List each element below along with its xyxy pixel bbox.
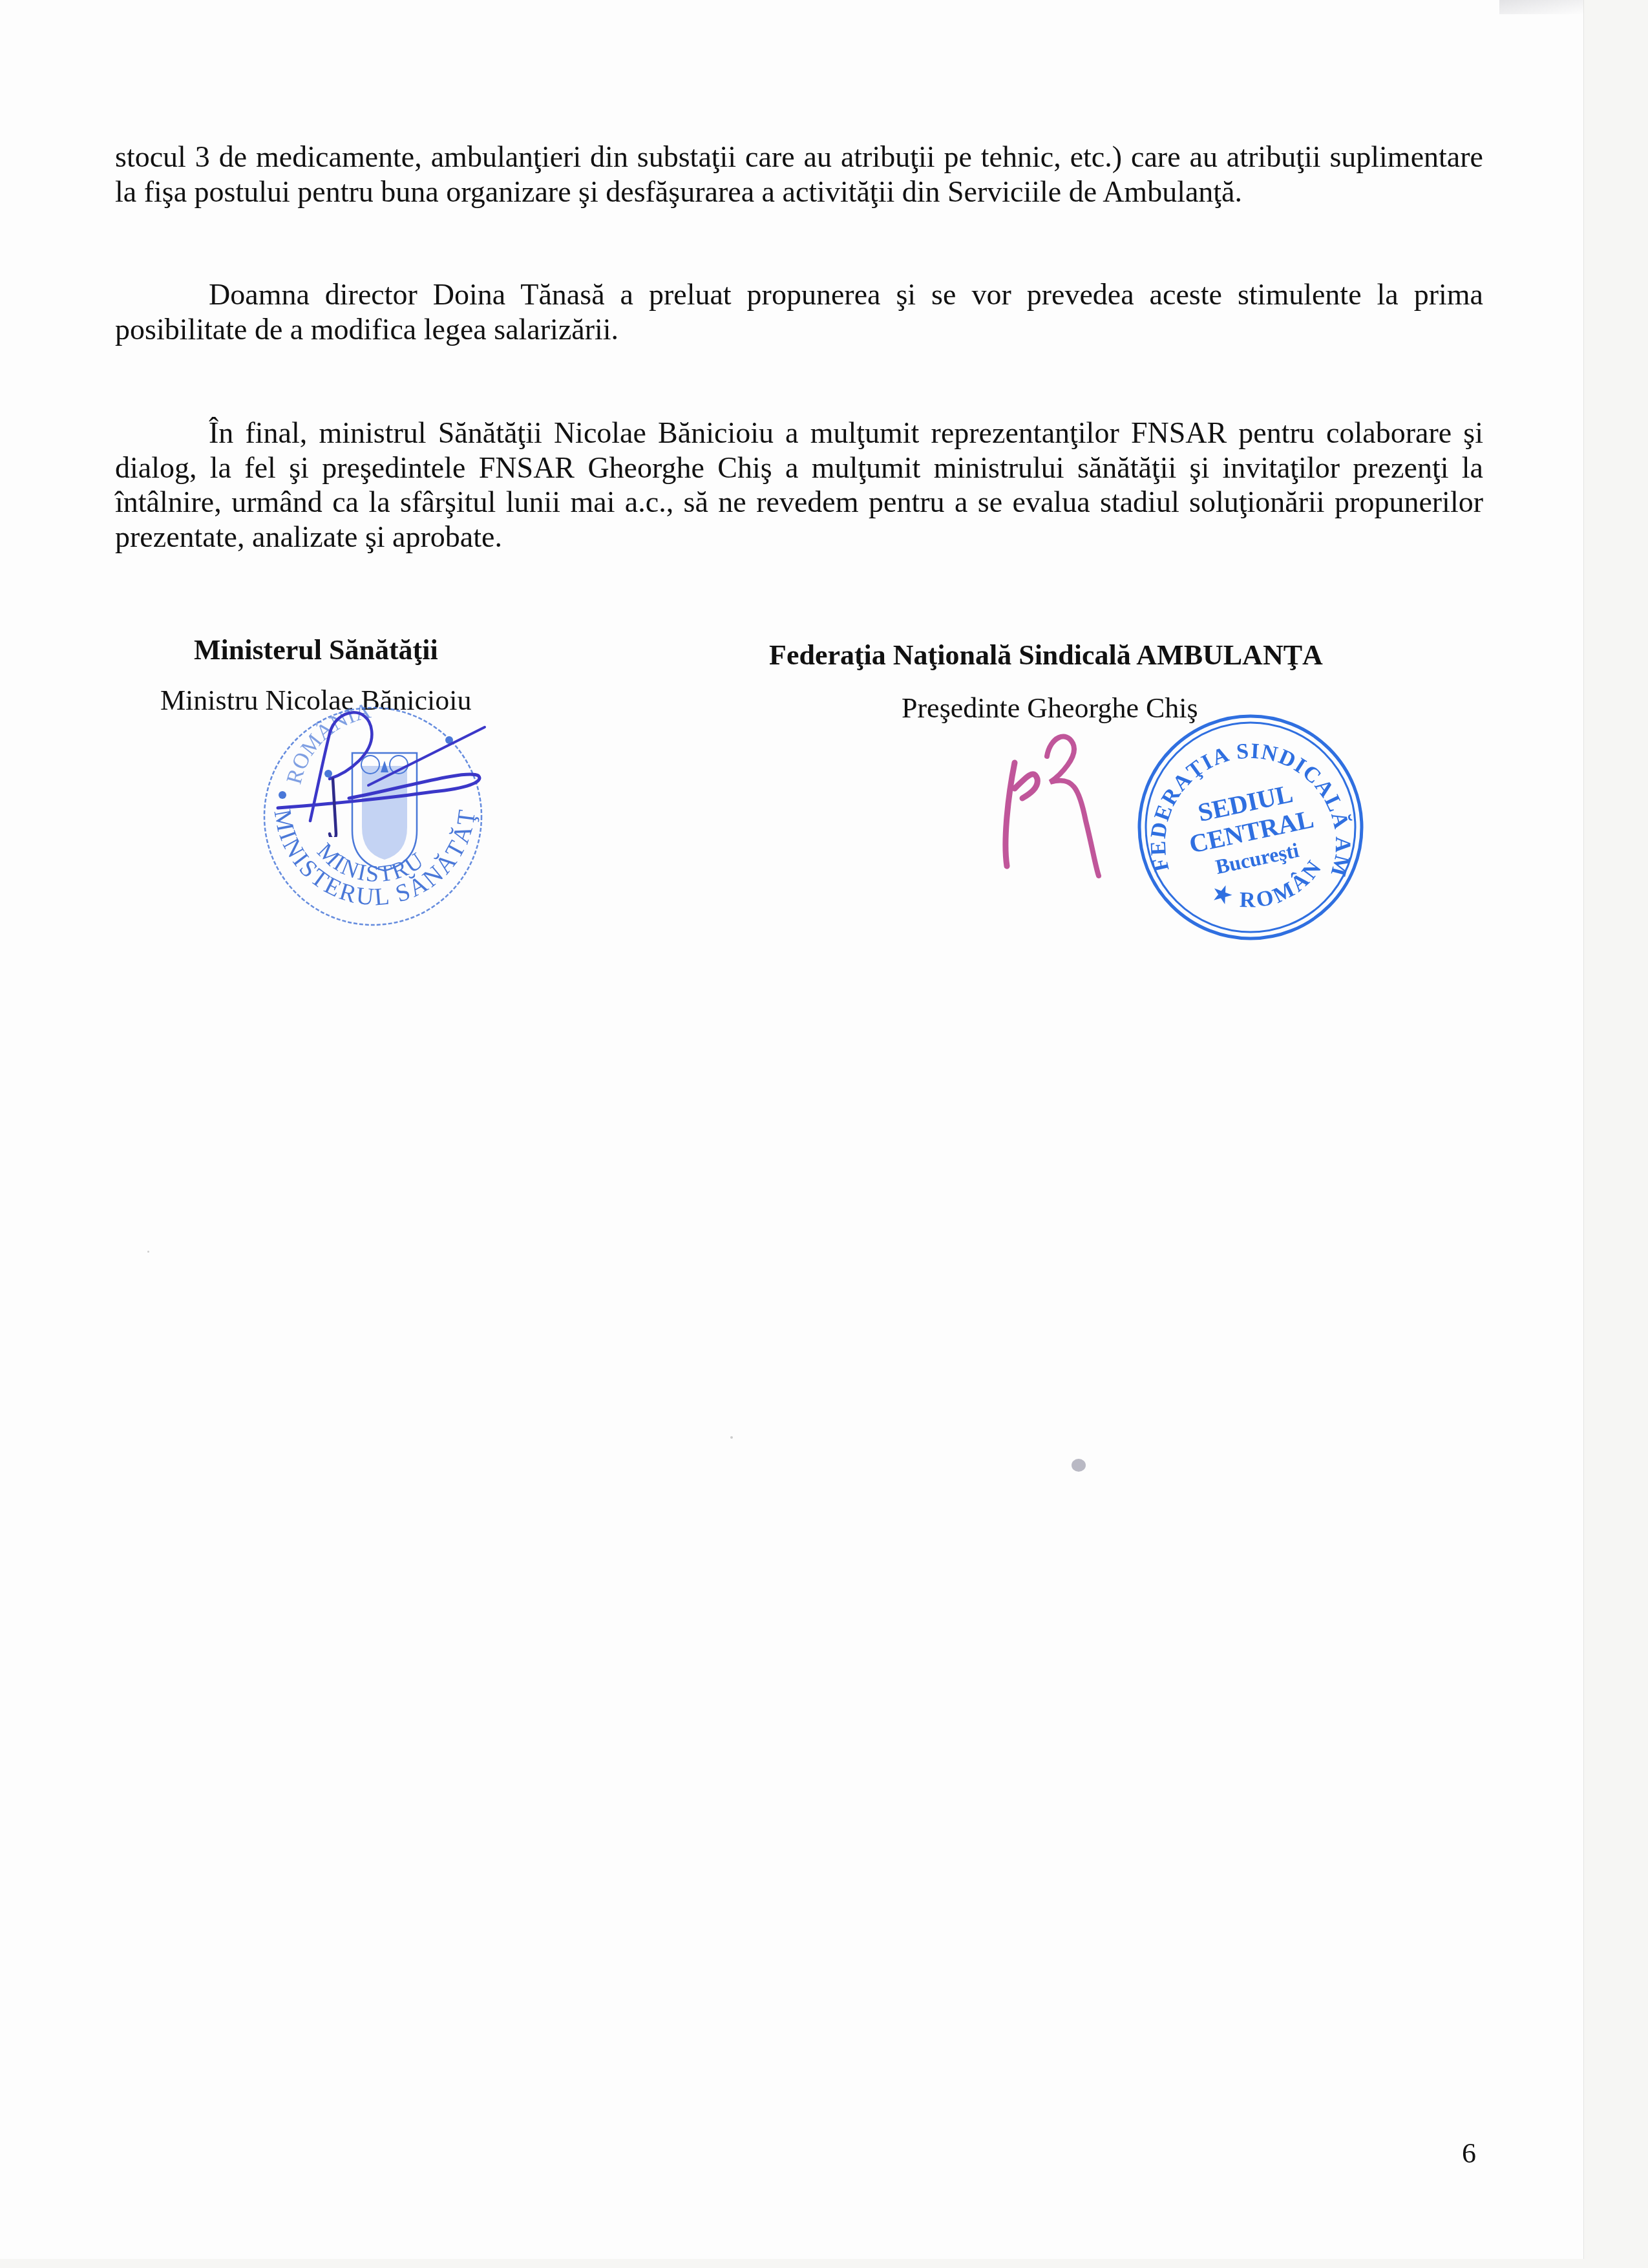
paragraph-director-response: Doamna director Doina Tănasă a preluat p… <box>115 277 1483 346</box>
ministry-title: Ministerul Sănătăţii <box>194 633 438 666</box>
scan-speck <box>147 1251 149 1253</box>
page-number: 6 <box>1462 2137 1476 2170</box>
paragraph-stimulente-list: stocul 3 de medicamente, ambulanţieri di… <box>115 140 1483 209</box>
paragraph-closing: În final, ministrul Sănătăţii Nicolae Bă… <box>115 416 1483 554</box>
president-signature-icon <box>989 717 1125 879</box>
document-page: stocul 3 de medicamente, ambulanţieri di… <box>0 0 1584 2259</box>
scan-speck <box>1072 1459 1086 1472</box>
federation-title: Federaţia Naţională Sindicală AMBULANŢA <box>769 639 1323 672</box>
federation-stamp-icon: FEDERAŢIA SINDICALĂ AMBULANŢA ★ ROMÂNIA … <box>1134 711 1367 944</box>
minister-signature-icon <box>271 701 491 837</box>
page-corner-shadow <box>1499 0 1583 14</box>
scan-speck <box>730 1436 733 1439</box>
